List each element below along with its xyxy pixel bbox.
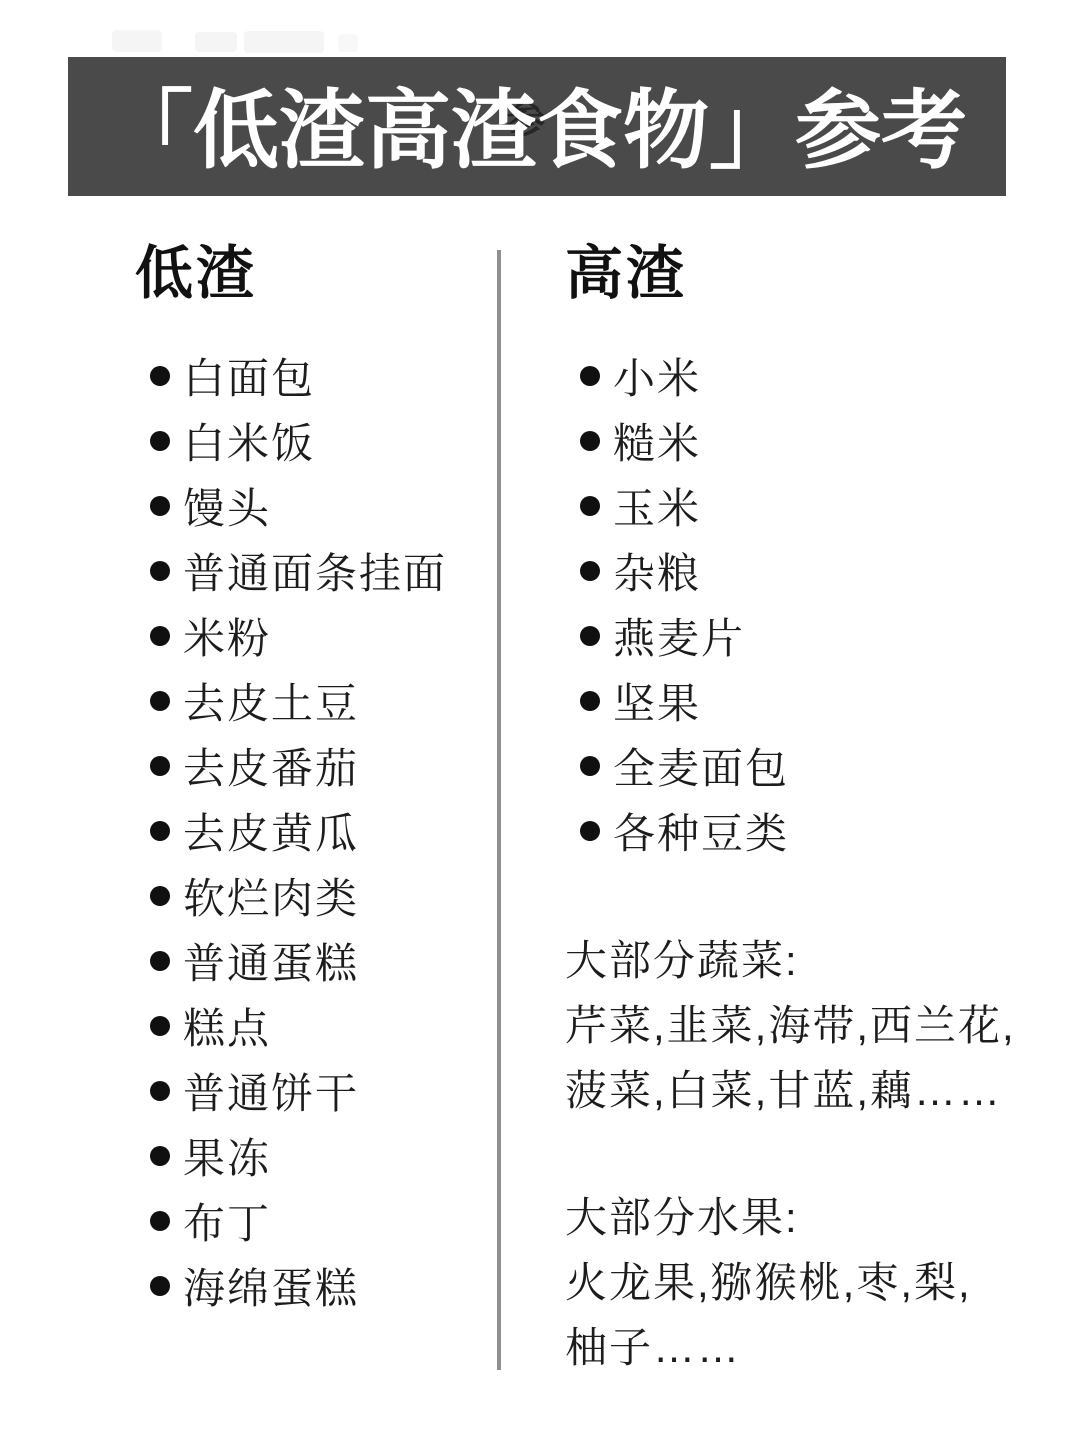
high-residue-list: 小米 糙米 玉米 杂粮 燕麦片 坚果 全麦面包 各种豆类 — [565, 343, 1045, 863]
food-label: 糕点 — [183, 996, 271, 1056]
low-residue-list: 白面包 白米饭 馒头 普通面条挂面 米粉 去皮土豆 去皮番茄 去皮黄瓜 软烂肉类… — [135, 343, 475, 1318]
bullet-icon — [150, 431, 170, 451]
list-item: 小米 — [565, 343, 1045, 408]
vegetables-paragraph: 大部分蔬菜: 芹菜,韭菜,海带,西兰花, 菠菜,白菜,甘蓝,藕…… — [565, 928, 1045, 1123]
list-item: 软烂肉类 — [135, 863, 475, 928]
bullet-icon — [150, 1146, 170, 1166]
bullet-icon — [150, 691, 170, 711]
food-label: 普通饼干 — [183, 1061, 359, 1121]
page-title: 「低渣高渣食物」参考 — [107, 61, 967, 185]
bullet-icon — [580, 366, 600, 386]
food-label: 海绵蛋糕 — [183, 1256, 359, 1316]
column-divider — [497, 250, 501, 1370]
list-item: 全麦面包 — [565, 733, 1045, 798]
ghost-artifact — [338, 34, 358, 52]
vegetables-title: 大部分蔬菜: — [565, 928, 1045, 993]
high-residue-column: 高渣 小米 糙米 玉米 杂粮 燕麦片 坚果 全麦面包 各种豆类 大部分蔬菜: 芹… — [565, 245, 1045, 1380]
list-item: 去皮番茄 — [135, 733, 475, 798]
food-label: 去皮番茄 — [183, 736, 359, 796]
list-item: 普通饼干 — [135, 1058, 475, 1123]
bullet-icon — [580, 756, 600, 776]
food-label: 小米 — [613, 346, 701, 406]
vegetables-line: 菠菜,白菜,甘蓝,藕…… — [565, 1058, 1045, 1123]
list-item: 米粉 — [135, 603, 475, 668]
bullet-icon — [150, 821, 170, 841]
bullet-icon — [150, 1211, 170, 1231]
bullet-icon — [150, 561, 170, 581]
food-label: 燕麦片 — [613, 606, 745, 666]
food-label: 软烂肉类 — [183, 866, 359, 926]
food-label: 馒头 — [183, 476, 271, 536]
bullet-icon — [150, 1016, 170, 1036]
food-label: 普通面条挂面 — [183, 541, 447, 601]
high-residue-heading: 高渣 — [565, 245, 1045, 303]
food-label: 去皮土豆 — [183, 671, 359, 731]
food-label: 糙米 — [613, 411, 701, 471]
low-residue-column: 低渣 白面包 白米饭 馒头 普通面条挂面 米粉 去皮土豆 去皮番茄 去皮黄瓜 软… — [135, 245, 475, 1318]
food-label: 玉米 — [613, 476, 701, 536]
list-item: 普通面条挂面 — [135, 538, 475, 603]
list-item: 坚果 — [565, 668, 1045, 733]
bullet-icon — [150, 1081, 170, 1101]
bullet-icon — [580, 431, 600, 451]
title-banner: 参 「低渣高渣食物」参考 — [68, 57, 1006, 196]
fruits-title: 大部分水果: — [565, 1185, 1045, 1250]
bullet-icon — [150, 951, 170, 971]
list-item: 馒头 — [135, 473, 475, 538]
bullet-icon — [580, 561, 600, 581]
food-label: 白米饭 — [183, 411, 315, 471]
food-label: 布丁 — [183, 1191, 271, 1251]
ghost-artifact — [244, 31, 324, 53]
bullet-icon — [580, 821, 600, 841]
list-item: 白面包 — [135, 343, 475, 408]
bullet-icon — [150, 1276, 170, 1296]
list-item: 各种豆类 — [565, 798, 1045, 863]
bullet-icon — [150, 366, 170, 386]
bullet-icon — [150, 756, 170, 776]
food-label: 去皮黄瓜 — [183, 801, 359, 861]
list-item: 糙米 — [565, 408, 1045, 473]
bullet-icon — [150, 626, 170, 646]
bullet-icon — [580, 496, 600, 516]
bullet-icon — [580, 691, 600, 711]
list-item: 玉米 — [565, 473, 1045, 538]
fruits-paragraph: 大部分水果: 火龙果,猕猴桃,枣,梨, 柚子…… — [565, 1185, 1045, 1380]
list-item: 果冻 — [135, 1123, 475, 1188]
ghost-artifact — [112, 30, 162, 52]
food-label: 果冻 — [183, 1126, 271, 1186]
list-item: 海绵蛋糕 — [135, 1253, 475, 1318]
list-item: 白米饭 — [135, 408, 475, 473]
bullet-icon — [580, 626, 600, 646]
list-item: 糕点 — [135, 993, 475, 1058]
list-item: 普通蛋糕 — [135, 928, 475, 993]
food-label: 全麦面包 — [613, 736, 789, 796]
bullet-icon — [150, 496, 170, 516]
infographic-page: 参 「低渣高渣食物」参考 低渣 白面包 白米饭 馒头 普通面条挂面 米粉 去皮土… — [0, 0, 1080, 1443]
food-label: 米粉 — [183, 606, 271, 666]
fruits-line: 柚子…… — [565, 1315, 1045, 1380]
list-item: 布丁 — [135, 1188, 475, 1253]
vegetables-line: 芹菜,韭菜,海带,西兰花, — [565, 993, 1045, 1058]
food-label: 各种豆类 — [613, 801, 789, 861]
food-label: 普通蛋糕 — [183, 931, 359, 991]
list-item: 杂粮 — [565, 538, 1045, 603]
food-label: 白面包 — [183, 346, 315, 406]
list-item: 燕麦片 — [565, 603, 1045, 668]
fruits-line: 火龙果,猕猴桃,枣,梨, — [565, 1250, 1045, 1315]
low-residue-heading: 低渣 — [135, 245, 475, 303]
ghost-artifact — [195, 32, 237, 52]
bullet-icon — [150, 886, 170, 906]
food-label: 坚果 — [613, 671, 701, 731]
list-item: 去皮黄瓜 — [135, 798, 475, 863]
food-label: 杂粮 — [613, 541, 701, 601]
list-item: 去皮土豆 — [135, 668, 475, 733]
